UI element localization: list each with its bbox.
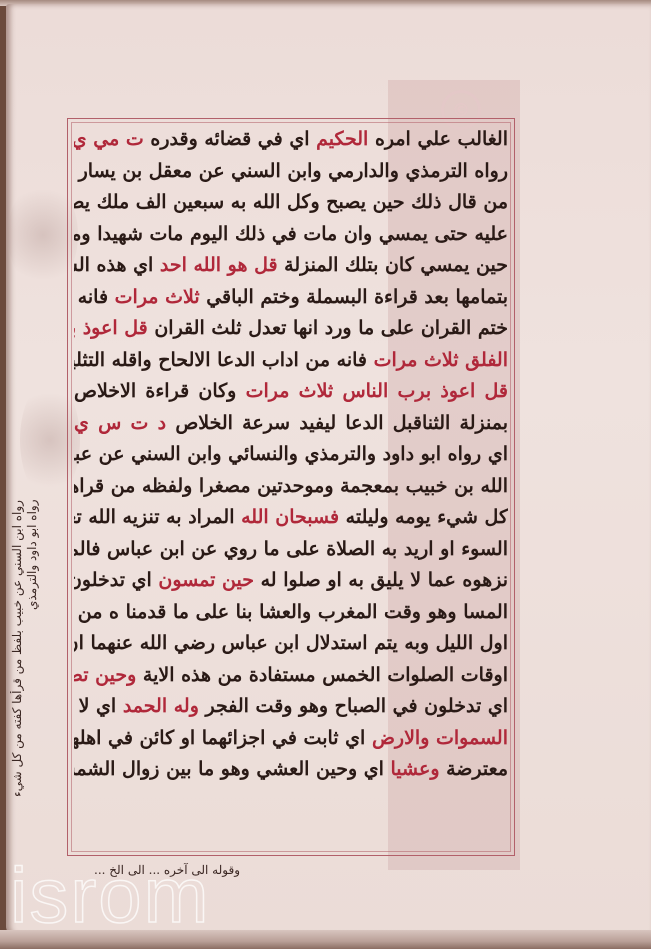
text-line: معترضة وعشيا اي وحين العشي وهو ما بين زو… bbox=[74, 754, 508, 786]
text-span: بمنزلة الثناقبل الدعا ليفيد سرعة الخلاص bbox=[166, 412, 508, 434]
text-span: الغالب علي امره bbox=[368, 128, 508, 150]
text-line: الله بن خبيب بمعجمة وموحدتين مصغرا ولفظه… bbox=[74, 471, 508, 503]
text-span: اي تدخلون في الصباح وهو وقت الفجر bbox=[199, 695, 508, 717]
text-line: من قال ذلك حين يصبح وكل الله به سبعين ال… bbox=[74, 187, 508, 219]
text-span: الله بن خبيب بمعجمة وموحدتين مصغرا ولفظه… bbox=[74, 475, 508, 497]
text-span: اوقات الصلوات الخمس مستفادة من هذه الاية bbox=[136, 664, 508, 686]
text-span: فانه من اداب الدعا الالحاح واقله التثليث bbox=[74, 349, 374, 371]
text-span: رواه الترمذي والدارمي وابن السني عن معقل… bbox=[74, 160, 508, 182]
text-line: بتمامها بعد قراءة البسملة وختم الباقي ثل… bbox=[74, 282, 508, 314]
text-line: عليه حتى يمسي وان مات في ذلك اليوم مات ش… bbox=[74, 219, 508, 251]
text-line: كل شيء يومه وليلته فسبحان الله المراد به… bbox=[74, 502, 508, 534]
text-span: اي هذه السورة bbox=[74, 254, 160, 276]
rubric-phrase: ثلاث مرات bbox=[115, 286, 200, 308]
text-line: نزهوه عما لا يليق به او صلوا له حين تمسو… bbox=[74, 565, 508, 597]
text-span: عليه حتى يمسي وان مات في ذلك اليوم مات ش… bbox=[74, 223, 508, 245]
text-span: حين يمسي كان بتلك المنزلة bbox=[278, 254, 508, 276]
rubric-phrase: وعشيا bbox=[391, 758, 440, 780]
rubric-phrase: وله الحمد bbox=[123, 695, 199, 717]
rubric-phrase: فسبحان الله bbox=[241, 506, 339, 528]
rubric-phrase: وحين تصبحون bbox=[74, 664, 136, 686]
rubric-phrase: الحكيم bbox=[316, 128, 368, 150]
text-span: المراد به تنزيه الله تعالى من bbox=[74, 506, 241, 528]
text-span: فانه بمنزلة bbox=[74, 286, 115, 308]
rubric-phrase: قل اعوذ برب الناس ثلاث مرات bbox=[246, 380, 508, 402]
rubric-phrase: السموات والارض bbox=[372, 727, 508, 749]
text-span: المسا وهو وقت المغرب والعشا بنا على ما ق… bbox=[74, 601, 508, 623]
text-line: رواه الترمذي والدارمي وابن السني عن معقل… bbox=[74, 156, 508, 188]
rubric-phrase: د ت س ي bbox=[74, 412, 166, 434]
text-line: السوء او اريد به الصلاة على ما روي عن اب… bbox=[74, 534, 508, 566]
text-line: اول الليل وبه يتم استدلال ابن عباس رضي ا… bbox=[74, 628, 508, 660]
rubric-phrase: ت مي ي bbox=[74, 128, 144, 150]
rubric-phrase: حين تمسون bbox=[158, 569, 254, 591]
text-line: اي تدخلون في الصباح وهو وقت الفجر وله ال… bbox=[74, 691, 508, 723]
text-span: اي رواه ابو داود والترمذي والنسائي وابن … bbox=[74, 443, 508, 465]
text-span: اي وحين العشي وهو ما بين زوال الشمس bbox=[74, 758, 391, 780]
text-span: بتمامها بعد قراءة البسملة وختم الباقي bbox=[200, 286, 508, 308]
rubric-phrase: الفلق ثلاث مرات bbox=[374, 349, 508, 371]
text-line: ختم القران على ما ورد انها تعدل ثلث القر… bbox=[74, 313, 508, 345]
text-span: نزهوه عما لا يليق به او صلوا له bbox=[254, 569, 508, 591]
text-line: السموات والارض اي ثابت في اجزائهما او كا… bbox=[74, 723, 508, 755]
margin-annotation: رواه ابن السني عن خبيب بلفظ من قرأها كفت… bbox=[10, 500, 66, 800]
text-span: وكان قراءة الاخلاص bbox=[74, 380, 246, 402]
main-text-block: الغالب علي امره الحكيم اي في قضائه وقدره… bbox=[74, 124, 508, 786]
text-span: اي في قضائه وقدره bbox=[144, 128, 316, 150]
text-line: اي رواه ابو داود والترمذي والنسائي وابن … bbox=[74, 439, 508, 471]
text-span: اي تدخلون في bbox=[74, 569, 158, 591]
text-line: المسا وهو وقت المغرب والعشا بنا على ما ق… bbox=[74, 597, 508, 629]
text-span: معترضة bbox=[440, 758, 509, 780]
text-span: كل شيء يومه وليلته bbox=[339, 506, 508, 528]
text-span: السوء او اريد به الصلاة على ما روي عن اب… bbox=[74, 538, 508, 560]
text-line: الفلق ثلاث مرات فانه من اداب الدعا الالح… bbox=[74, 345, 508, 377]
page-bottom-edge bbox=[0, 930, 651, 949]
text-line: اوقات الصلوات الخمس مستفادة من هذه الاية… bbox=[74, 660, 508, 692]
text-span: ختم القران على ما ورد انها تعدل ثلث القر… bbox=[148, 317, 508, 339]
rubric-phrase: قل اعوذ برب bbox=[74, 317, 148, 339]
text-line: الغالب علي امره الحكيم اي في قضائه وقدره… bbox=[74, 124, 508, 156]
text-line: حين يمسي كان بتلك المنزلة قل هو الله احد… bbox=[74, 250, 508, 282]
text-span: من قال ذلك حين يصبح وكل الله به سبعين ال… bbox=[74, 191, 508, 213]
text-line: قل اعوذ برب الناس ثلاث مرات وكان قراءة ا… bbox=[74, 376, 508, 408]
bottom-annotation: وقوله الى آخره ... الى الخ ... bbox=[20, 862, 240, 912]
text-span: اي لا لغيره bbox=[74, 695, 123, 717]
text-line: بمنزلة الثناقبل الدعا ليفيد سرعة الخلاص … bbox=[74, 408, 508, 440]
text-span: اول الليل وبه يتم استدلال ابن عباس رضي ا… bbox=[74, 632, 508, 654]
text-span: اي ثابت في اجزائهما او كائن في اهلهما وا… bbox=[74, 727, 372, 749]
rubric-phrase: قل هو الله احد bbox=[160, 254, 278, 276]
